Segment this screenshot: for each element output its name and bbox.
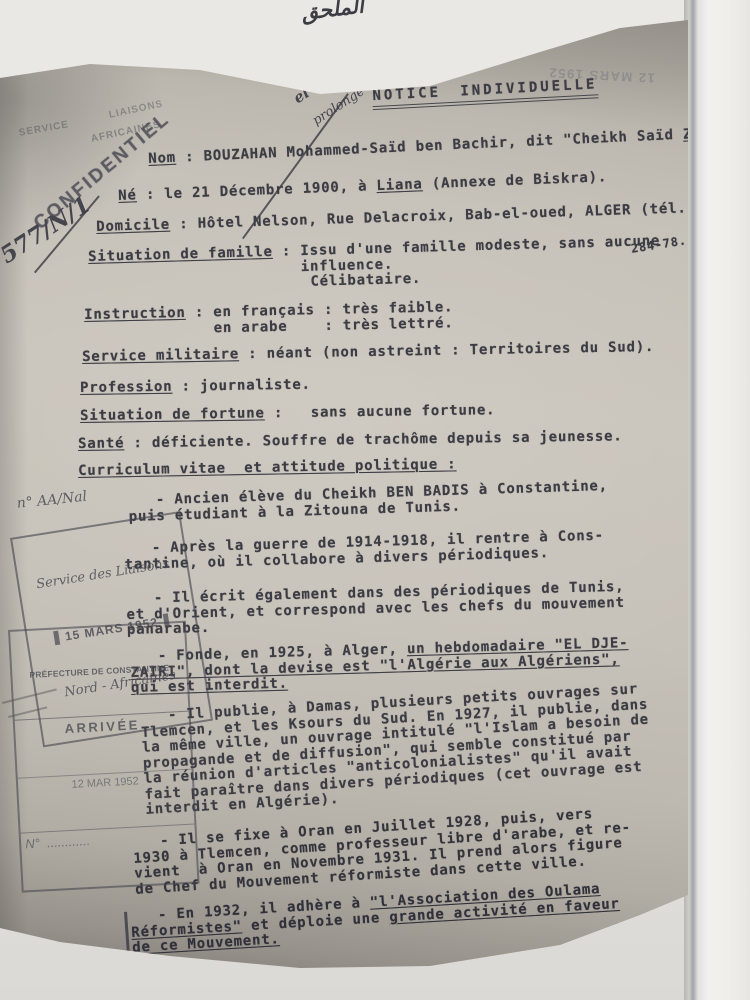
field-fortune-label: Situation de fortune xyxy=(80,405,265,424)
service-stamp-line1: Service des Liaisons xyxy=(22,554,184,594)
paragraph-periodiques: - Il écrit également dans des périodique… xyxy=(126,580,625,639)
document-photo: FB. 12 MARS 1952 CONFIDENTIEL SERVICE LI… xyxy=(0,0,750,1000)
field-sante-label: Santé xyxy=(78,435,124,452)
prefecture-stamp-arrivee: ARRIVÉE xyxy=(15,711,190,742)
prefecture-stamp-date: 12 MAR 1952 xyxy=(18,769,193,797)
faint-stamp-service: SERVICE xyxy=(18,119,70,139)
field-sante: Santé : déficiente. Souffre de trachôme … xyxy=(78,429,623,452)
prefecture-stamp-numero: N° ............ xyxy=(21,824,196,855)
field-domicile: Domicile : Hôtel Nelson, Rue Delacroix, … xyxy=(96,201,687,235)
field-ne-label: Né xyxy=(118,187,137,204)
field-domicile-label: Domicile xyxy=(96,217,170,235)
scanned-document-photo: { "page": { "arabic_note": "الملحق", "co… xyxy=(0,0,750,1000)
field-service-militaire: Service militaire : néant (non astreint … xyxy=(82,340,654,365)
paragraph-damas: - Il publie, à Damas, plusieurs petits o… xyxy=(140,682,653,819)
field-profession-label: Profession xyxy=(80,379,173,396)
field-ne-place: Liana xyxy=(376,176,423,194)
prefecture-arrivee-stamp: PRÉFECTURE DE CONSTANTINE ARRIVÉE 12 MAR… xyxy=(8,621,200,893)
book-page-edge xyxy=(684,0,750,1000)
paragraph-guerre-1914: - Après la guerre de 1914-1918, il rentr… xyxy=(124,529,605,573)
arabic-handwritten-note: الملحق xyxy=(300,0,365,25)
field-famille: Situation de famille : Issu d'une famill… xyxy=(88,234,661,296)
field-instruction: Instruction : en français : très faible.… xyxy=(84,300,454,339)
corner-mark: FB. xyxy=(50,55,75,71)
document-title: NOTICE INDIVIDUELLE xyxy=(372,76,598,110)
handwritten-ref: n° AA/Nal xyxy=(16,489,88,512)
margin-mark xyxy=(124,912,130,962)
field-fortune: Situation de fortune : sans aucune fortu… xyxy=(80,403,495,424)
paragraph-ben-badis: - Ancien élève du Cheikh BEN BADIS à Con… xyxy=(128,479,609,525)
field-profession: Profession : journaliste. xyxy=(80,378,311,397)
prefecture-stamp-title: PRÉFECTURE DE CONSTANTINE xyxy=(12,659,187,684)
field-nom: Nom : BOUZAHAN Mohammed-Saïd ben Bachir,… xyxy=(148,125,748,168)
field-nom-label: Nom xyxy=(148,150,176,167)
section-heading-curriculum: Curriculum vitae et attitude politique : xyxy=(78,457,457,479)
field-service-militaire-label: Service militaire xyxy=(82,346,239,365)
field-ne: Né : le 21 Décembre 1900, à Liana (Annex… xyxy=(118,170,607,204)
